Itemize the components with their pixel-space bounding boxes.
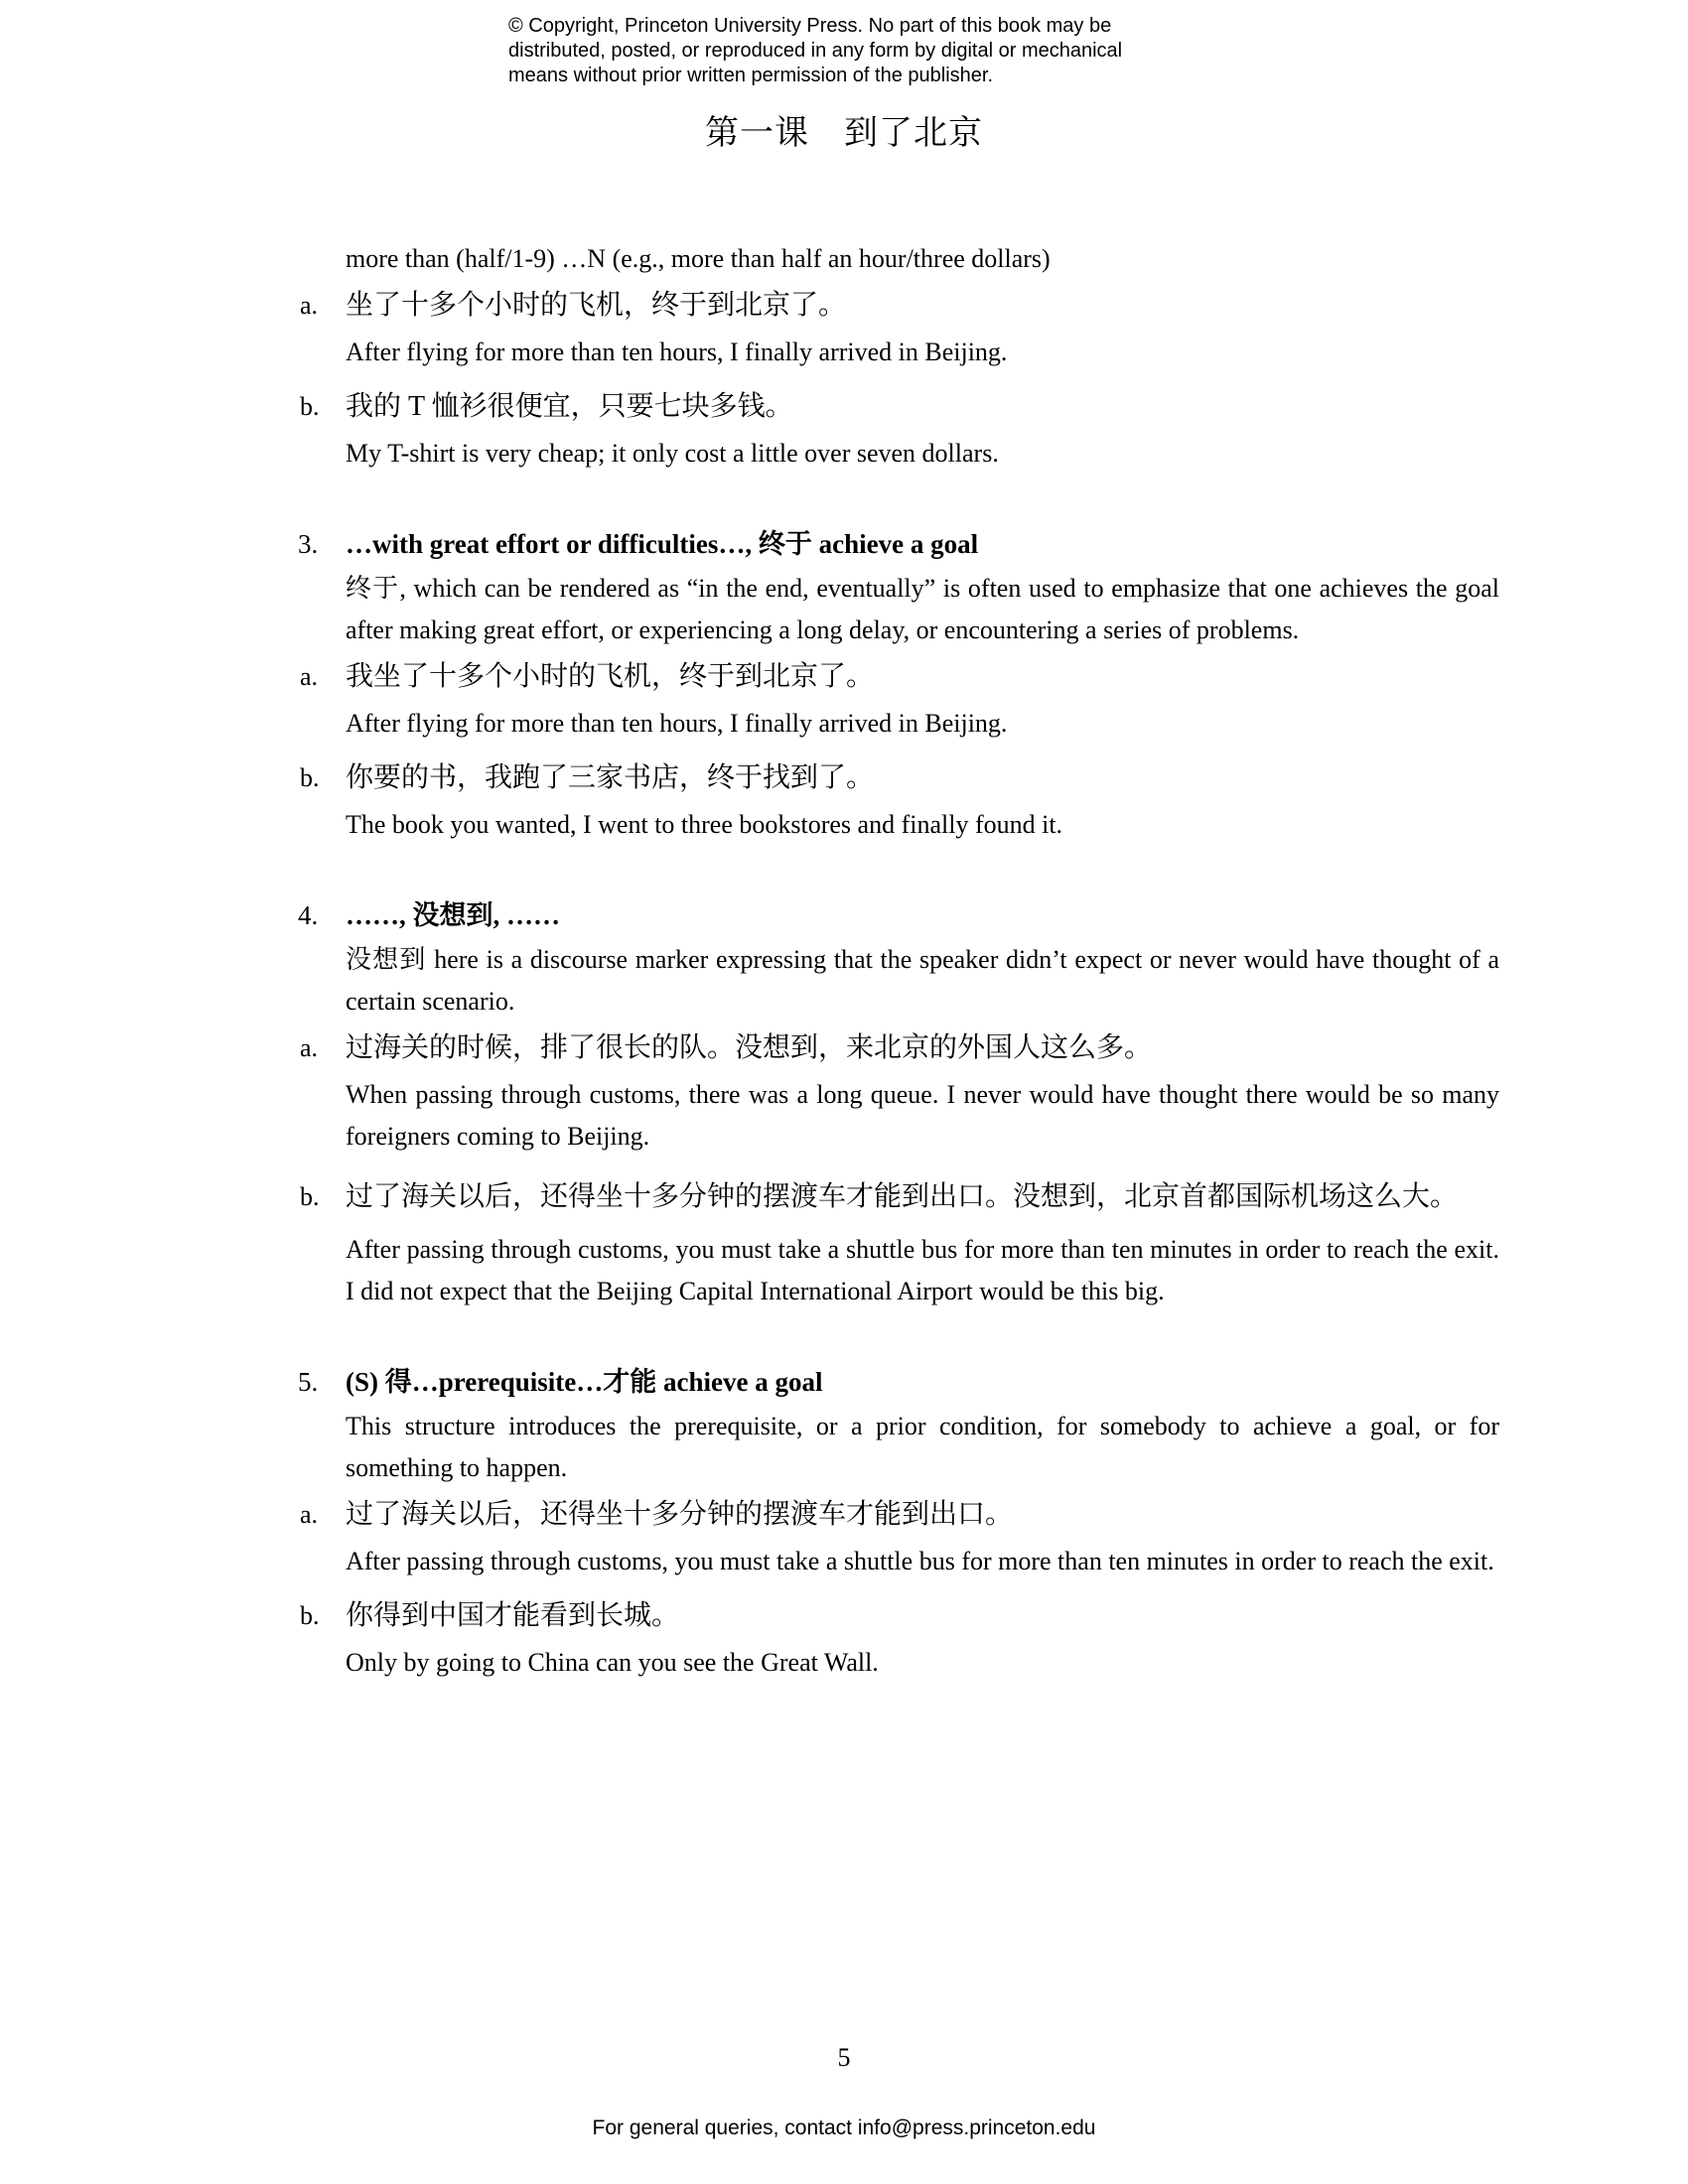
- example-a: a. 我坐了十多个小时的飞机，终于到北京了。 After flying for …: [346, 651, 1499, 745]
- section-explanation: 没想到 here is a discourse marker expressin…: [346, 939, 1499, 1023]
- example-chinese-text: 过了海关以后，还得坐十多分钟的摆渡车才能到出口。没想到，北京首都国际机场这么大。: [346, 1181, 1458, 1212]
- example-b: b. 你得到中国才能看到长城。 Only by going to China c…: [346, 1590, 1499, 1684]
- section-explanation: This structure introduces the prerequisi…: [346, 1406, 1499, 1489]
- example-label: a.: [300, 651, 318, 703]
- example-translation: Only by going to China can you see the G…: [346, 1642, 1499, 1684]
- example-b: b. 过了海关以后，还得坐十多分钟的摆渡车才能到出口。没想到，北京首都国际机场这…: [346, 1165, 1499, 1312]
- example-label: b.: [300, 1590, 320, 1642]
- example-a: a. 过海关的时候，排了很长的队。没想到，来北京的外国人这么多。 When pa…: [346, 1023, 1499, 1158]
- section-heading-text: ……, 没想到, ……: [346, 900, 560, 930]
- example-chinese: b. 你要的书，我跑了三家书店，终于找到了。: [346, 752, 1499, 804]
- section-heading: 5. (S) 得…prerequisite…才能 achieve a goal: [346, 1358, 1499, 1406]
- example-chinese: a. 我坐了十多个小时的飞机，终于到北京了。: [346, 651, 1499, 703]
- example-label: b.: [300, 381, 320, 433]
- copyright-notice: © Copyright, Princeton University Press.…: [508, 14, 1122, 88]
- example-translation: My T-shirt is very cheap; it only cost a…: [346, 433, 1499, 475]
- example-chinese-text: 坐了十多个小时的飞机，终于到北京了。: [346, 290, 846, 321]
- example-chinese: b. 我的 T 恤衫很便宜，只要七块多钱。: [346, 381, 1499, 433]
- section-heading-text: (S) 得…prerequisite…才能 achieve a goal: [346, 1367, 822, 1397]
- example-chinese: b. 过了海关以后，还得坐十多分钟的摆渡车才能到出口。没想到，北京首都国际机场这…: [346, 1165, 1499, 1229]
- example-chinese-text: 过了海关以后，还得坐十多分钟的摆渡车才能到出口。: [346, 1499, 1013, 1530]
- grammar-section-5: 5. (S) 得…prerequisite…才能 achieve a goal …: [346, 1358, 1499, 1684]
- grammar-section-3: 3. …with great effort or difficulties…, …: [346, 520, 1499, 846]
- grammar-section-continued: more than (half/1-9) …N (e.g., more than…: [346, 238, 1499, 475]
- section-explanation: 终于, which can be rendered as “in the end…: [346, 568, 1499, 651]
- example-label: b.: [300, 1165, 320, 1229]
- section-heading-text: …with great effort or difficulties…, 终于 …: [346, 529, 978, 559]
- example-translation: When passing through customs, there was …: [346, 1074, 1499, 1158]
- example-label: b.: [300, 752, 320, 804]
- example-chinese: a. 过海关的时候，排了很长的队。没想到，来北京的外国人这么多。: [346, 1023, 1499, 1074]
- example-chinese-text: 我的 T 恤衫很便宜，只要七块多钱。: [346, 391, 793, 422]
- example-translation: After flying for more than ten hours, I …: [346, 703, 1499, 745]
- section-heading: 3. …with great effort or difficulties…, …: [346, 520, 1499, 568]
- example-a: a. 过了海关以后，还得坐十多分钟的摆渡车才能到出口。 After passin…: [346, 1489, 1499, 1582]
- section-number: 4.: [298, 891, 318, 939]
- example-label: a.: [300, 280, 318, 332]
- section-number: 3.: [298, 520, 318, 568]
- example-chinese: b. 你得到中国才能看到长城。: [346, 1590, 1499, 1642]
- example-chinese-text: 你要的书，我跑了三家书店，终于找到了。: [346, 762, 874, 793]
- section-number: 5.: [298, 1358, 318, 1406]
- example-chinese-text: 我坐了十多个小时的飞机，终于到北京了。: [346, 661, 874, 692]
- section-heading: 4. ……, 没想到, ……: [346, 891, 1499, 939]
- example-chinese-text: 你得到中国才能看到长城。: [346, 1600, 679, 1631]
- page-number: 5: [0, 2043, 1688, 2073]
- example-b: b. 我的 T 恤衫很便宜，只要七块多钱。 My T-shirt is very…: [346, 381, 1499, 475]
- lesson-title: 第一课 到了北京: [0, 109, 1688, 159]
- example-translation: After passing through customs, you must …: [346, 1229, 1499, 1312]
- footer-contact: For general queries, contact info@press.…: [0, 2116, 1688, 2140]
- example-label: a.: [300, 1023, 318, 1074]
- example-chinese: a. 坐了十多个小时的飞机，终于到北京了。: [346, 280, 1499, 332]
- example-chinese: a. 过了海关以后，还得坐十多分钟的摆渡车才能到出口。: [346, 1489, 1499, 1541]
- document-body: more than (half/1-9) …N (e.g., more than…: [346, 238, 1499, 1692]
- example-translation: After passing through customs, you must …: [346, 1541, 1499, 1582]
- example-b: b. 你要的书，我跑了三家书店，终于找到了。 The book you want…: [346, 752, 1499, 846]
- example-chinese-text: 过海关的时候，排了很长的队。没想到，来北京的外国人这么多。: [346, 1032, 1152, 1063]
- grammar-section-4: 4. ……, 没想到, …… 没想到 here is a discourse m…: [346, 891, 1499, 1312]
- pattern-line: more than (half/1-9) …N (e.g., more than…: [346, 238, 1499, 280]
- document-page: © Copyright, Princeton University Press.…: [0, 0, 1688, 2184]
- example-translation: The book you wanted, I went to three boo…: [346, 804, 1499, 846]
- example-translation: After flying for more than ten hours, I …: [346, 332, 1499, 373]
- example-a: a. 坐了十多个小时的飞机，终于到北京了。 After flying for m…: [346, 280, 1499, 373]
- example-label: a.: [300, 1489, 318, 1541]
